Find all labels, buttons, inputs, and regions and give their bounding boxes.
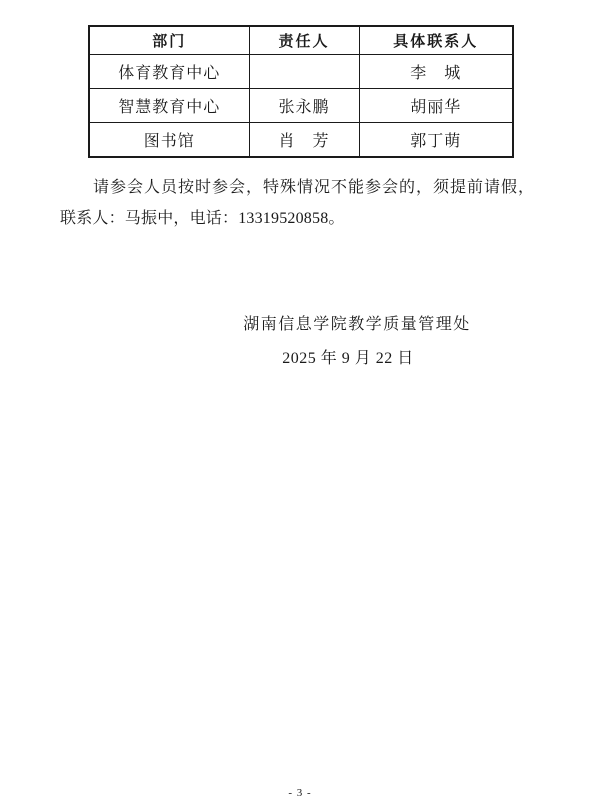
cell-responsible bbox=[249, 55, 359, 89]
paragraph-line-2: 联系人：马振中，电话：13319520858。 bbox=[60, 203, 540, 234]
paragraph-line-1: 请参会人员按时参会，特殊情况不能参会的，须提前请假， bbox=[60, 172, 540, 203]
signature-date: 2025 年 9 月 22 日 bbox=[234, 342, 462, 376]
table-row: 智慧教育中心 张永鹏 胡丽华 bbox=[89, 89, 513, 123]
cell-contact: 胡丽华 bbox=[359, 89, 513, 123]
header-cell-department: 部门 bbox=[89, 26, 249, 55]
signature-block: 湖南信息学院教学质量管理处 2025 年 9 月 22 日 bbox=[243, 308, 471, 376]
contact-table-header: 部门 责任人 具体联系人 bbox=[89, 26, 513, 55]
cell-contact: 李 城 bbox=[359, 55, 513, 89]
contact-table: 部门 责任人 具体联系人 体育教育中心 李 城 智慧教育中心 张永鹏 胡丽华 图… bbox=[88, 25, 514, 158]
table-header-row: 部门 责任人 具体联系人 bbox=[89, 26, 513, 55]
table-row: 体育教育中心 李 城 bbox=[89, 55, 513, 89]
header-cell-contact: 具体联系人 bbox=[359, 26, 513, 55]
contact-table-body: 体育教育中心 李 城 智慧教育中心 张永鹏 胡丽华 图书馆 肖 芳 郭丁萌 bbox=[89, 55, 513, 158]
cell-responsible: 肖 芳 bbox=[249, 123, 359, 158]
cell-responsible: 张永鹏 bbox=[249, 89, 359, 123]
notice-paragraph: 请参会人员按时参会，特殊情况不能参会的，须提前请假， 联系人：马振中，电话：13… bbox=[60, 172, 540, 234]
page-number: - 3 - bbox=[0, 787, 600, 800]
cell-department: 智慧教育中心 bbox=[89, 89, 249, 123]
cell-contact: 郭丁萌 bbox=[359, 123, 513, 158]
header-cell-responsible: 责任人 bbox=[249, 26, 359, 55]
table-row: 图书馆 肖 芳 郭丁萌 bbox=[89, 123, 513, 158]
cell-department: 体育教育中心 bbox=[89, 55, 249, 89]
signature-organization: 湖南信息学院教学质量管理处 bbox=[243, 308, 471, 342]
cell-department: 图书馆 bbox=[89, 123, 249, 158]
